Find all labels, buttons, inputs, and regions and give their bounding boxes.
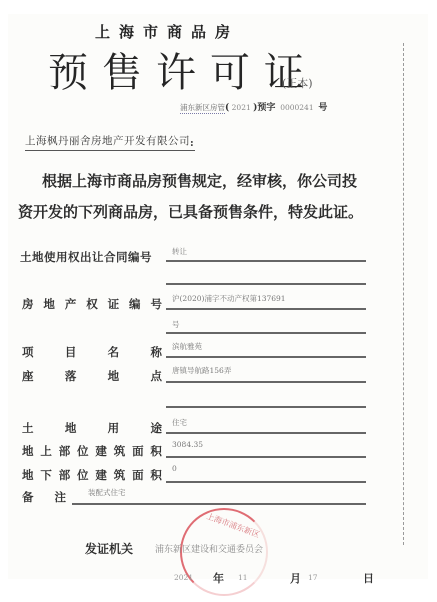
label-char: 证 bbox=[108, 296, 120, 312]
label-char: 位 bbox=[77, 443, 89, 459]
field-line bbox=[166, 406, 366, 408]
body-text-line-2: 资开发的下列商品房，已具备预售条件，特发此证。 bbox=[18, 201, 363, 222]
date-month: 11 bbox=[238, 573, 248, 582]
label-char: 筑 bbox=[114, 467, 126, 483]
field-label-below-ground-area: 地 下 部 位 建 筑 面 积 bbox=[22, 467, 162, 483]
label-char: 面 bbox=[132, 443, 144, 459]
field-line bbox=[166, 356, 366, 358]
label-char: 点 bbox=[150, 368, 162, 384]
label-char: 积 bbox=[150, 467, 162, 483]
field-label-above-ground-area: 地 上 部 位 建 筑 面 积 bbox=[22, 443, 162, 459]
field-value-above-ground-area: 3084.35 bbox=[172, 440, 203, 449]
field-line bbox=[166, 308, 366, 310]
label-char: 用 bbox=[108, 420, 120, 436]
date-month-label: 月 bbox=[290, 570, 301, 586]
field-value-land-contract: 转让 bbox=[172, 246, 187, 257]
field-value-location: 唐镇导航路156弄 bbox=[172, 365, 231, 376]
permit-prefix: 预字 bbox=[257, 103, 275, 113]
permit-serial: 0000241 bbox=[280, 103, 313, 112]
label-char: 土 bbox=[22, 420, 34, 436]
label-char: 下 bbox=[40, 467, 52, 483]
copy-type-label: (正本) bbox=[282, 75, 313, 91]
field-value-property-cert-cont: 号 bbox=[172, 319, 180, 330]
issuer-label: 发证机关 bbox=[85, 540, 133, 557]
label-char: 名 bbox=[108, 344, 120, 360]
label-char: 目 bbox=[65, 344, 77, 360]
field-line bbox=[166, 432, 366, 434]
label-char: 号 bbox=[150, 296, 162, 312]
label-char: 地 bbox=[22, 467, 34, 483]
label-char: 座 bbox=[22, 368, 34, 384]
label-char: 项 bbox=[22, 344, 34, 360]
field-line bbox=[166, 260, 366, 262]
label-char: 上 bbox=[40, 443, 52, 459]
label-char: 备 bbox=[22, 489, 34, 505]
label-char: 途 bbox=[150, 420, 162, 436]
label-char: 地 bbox=[22, 443, 34, 459]
label-char: 编 bbox=[129, 296, 141, 312]
permit-number: 浦东新区房管( 2021 )预字 0000241 号 bbox=[180, 100, 327, 113]
field-value-property-cert: 沪(2020)浦字不动产权第137691 bbox=[172, 293, 286, 304]
label-char: 建 bbox=[95, 467, 107, 483]
field-value-remarks: 装配式住宅 bbox=[88, 487, 126, 498]
field-label-project-name: 项 目 名 称 bbox=[22, 344, 162, 360]
issuer-name: 浦东新区建设和交通委员会 bbox=[155, 542, 263, 555]
label-char: 部 bbox=[59, 467, 71, 483]
permit-authority: 浦东新区房管 bbox=[180, 103, 225, 114]
label-char: 筑 bbox=[114, 443, 126, 459]
label-char: 权 bbox=[86, 296, 98, 312]
field-line bbox=[166, 381, 366, 383]
field-line bbox=[166, 283, 366, 285]
date-day: 17 bbox=[308, 573, 318, 582]
permit-open-paren: ( bbox=[225, 103, 229, 113]
label-char: 面 bbox=[132, 467, 144, 483]
label-char: 称 bbox=[150, 344, 162, 360]
field-label-remarks: 备 注 bbox=[22, 489, 66, 505]
date-day-label: 日 bbox=[363, 570, 374, 586]
perforation-rule bbox=[403, 43, 404, 545]
company-name: 上海枫丹丽舍房地产开发有限公司 bbox=[25, 133, 195, 151]
field-label-property-cert: 房 地 产 权 证 编 号 bbox=[22, 296, 162, 312]
body-text-line-1: 根据上海市商品房预售规定，经审核，你公司投 bbox=[42, 170, 357, 191]
field-line bbox=[166, 332, 366, 334]
label-char: 地 bbox=[108, 368, 120, 384]
field-label-land-contract: 土地使用权出让合同编号 bbox=[20, 249, 152, 265]
label-char: 落 bbox=[65, 368, 77, 384]
permit-year: 2021 bbox=[232, 103, 251, 112]
label-char: 地 bbox=[65, 420, 77, 436]
label-char: 房 bbox=[22, 296, 34, 312]
field-label-location: 座 落 地 点 bbox=[22, 368, 162, 384]
label-char: 部 bbox=[59, 443, 71, 459]
label-char: 积 bbox=[150, 443, 162, 459]
date-year: 2021 bbox=[174, 573, 193, 582]
label-char: 位 bbox=[77, 467, 89, 483]
field-line bbox=[166, 481, 366, 483]
label-char: 产 bbox=[65, 296, 77, 312]
label-char: 建 bbox=[95, 443, 107, 459]
field-value-land-use: 住宅 bbox=[172, 417, 187, 428]
date-year-label: 年 bbox=[213, 570, 224, 586]
company-colon: : bbox=[190, 138, 194, 149]
label-char: 地 bbox=[43, 296, 55, 312]
field-line bbox=[72, 503, 366, 505]
page-title: 预售许可证 bbox=[48, 50, 318, 96]
field-label-land-use: 土 地 用 途 bbox=[22, 420, 162, 436]
field-value-below-ground-area: 0 bbox=[172, 464, 177, 473]
field-line bbox=[166, 456, 366, 458]
title-subheading: 上海市商品房 bbox=[95, 21, 239, 42]
permit-suffix: 号 bbox=[318, 103, 327, 113]
label-char: 注 bbox=[55, 489, 67, 505]
field-value-project-name: 滨航雅苑 bbox=[172, 341, 202, 352]
